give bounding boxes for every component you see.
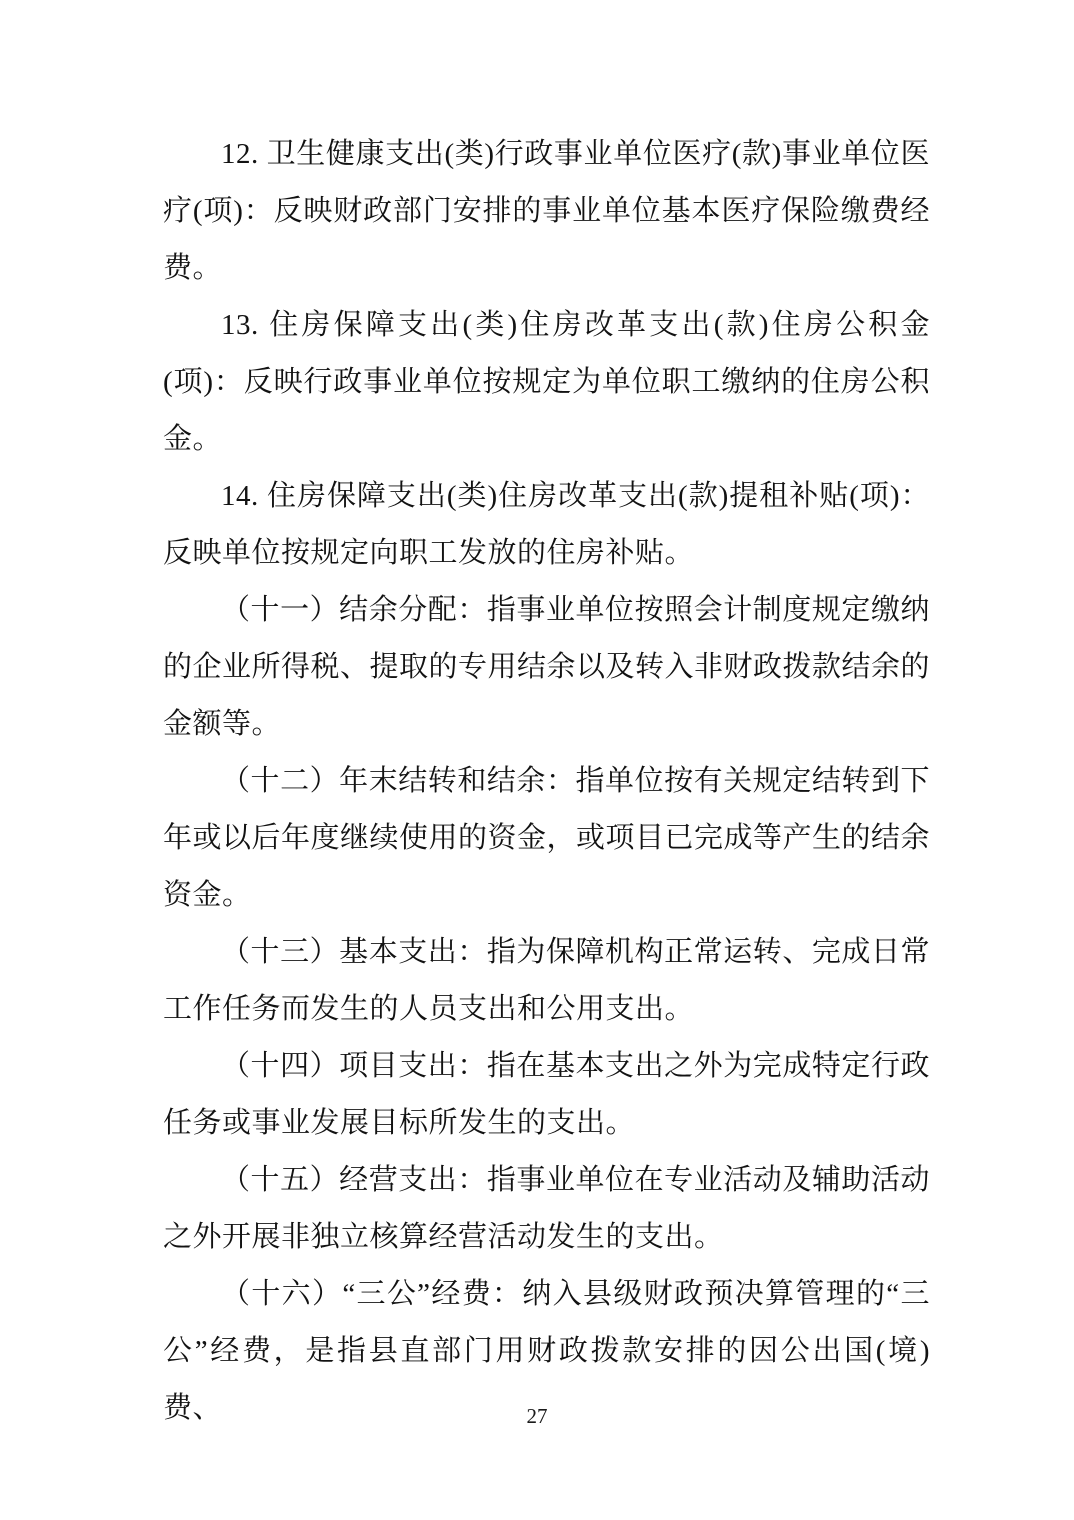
paragraph-def-11: （十一）结余分配：指事业单位按照会计制度规定缴纳的企业所得税、提取的专用结余以及…	[163, 582, 930, 753]
paragraph-def-14: （十四）项目支出：指在基本支出之外为完成特定行政任务或事业发展目标所发生的支出。	[163, 1038, 930, 1152]
paragraph-item-14: 14. 住房保障支出(类)住房改革支出(款)提租补贴(项)：反映单位按规定向职工…	[163, 468, 930, 582]
paragraph-item-13: 13. 住房保障支出(类)住房改革支出(款)住房公积金(项)：反映行政事业单位按…	[163, 297, 930, 468]
page-body: 12. 卫生健康支出(类)行政事业单位医疗(款)事业单位医疗(项)：反映财政部门…	[163, 126, 930, 1437]
paragraph-def-15: （十五）经营支出：指事业单位在专业活动及辅助活动之外开展非独立核算经营活动发生的…	[163, 1152, 930, 1266]
paragraph-item-12: 12. 卫生健康支出(类)行政事业单位医疗(款)事业单位医疗(项)：反映财政部门…	[163, 126, 930, 297]
paragraph-def-12: （十二）年末结转和结余：指单位按有关规定结转到下年或以后年度继续使用的资金，或项…	[163, 753, 930, 924]
document-page: 12. 卫生健康支出(类)行政事业单位医疗(款)事业单位医疗(项)：反映财政部门…	[0, 0, 1074, 1520]
paragraph-def-13: （十三）基本支出：指为保障机构正常运转、完成日常工作任务而发生的人员支出和公用支…	[163, 924, 930, 1038]
page-number: 27	[0, 1402, 1074, 1430]
